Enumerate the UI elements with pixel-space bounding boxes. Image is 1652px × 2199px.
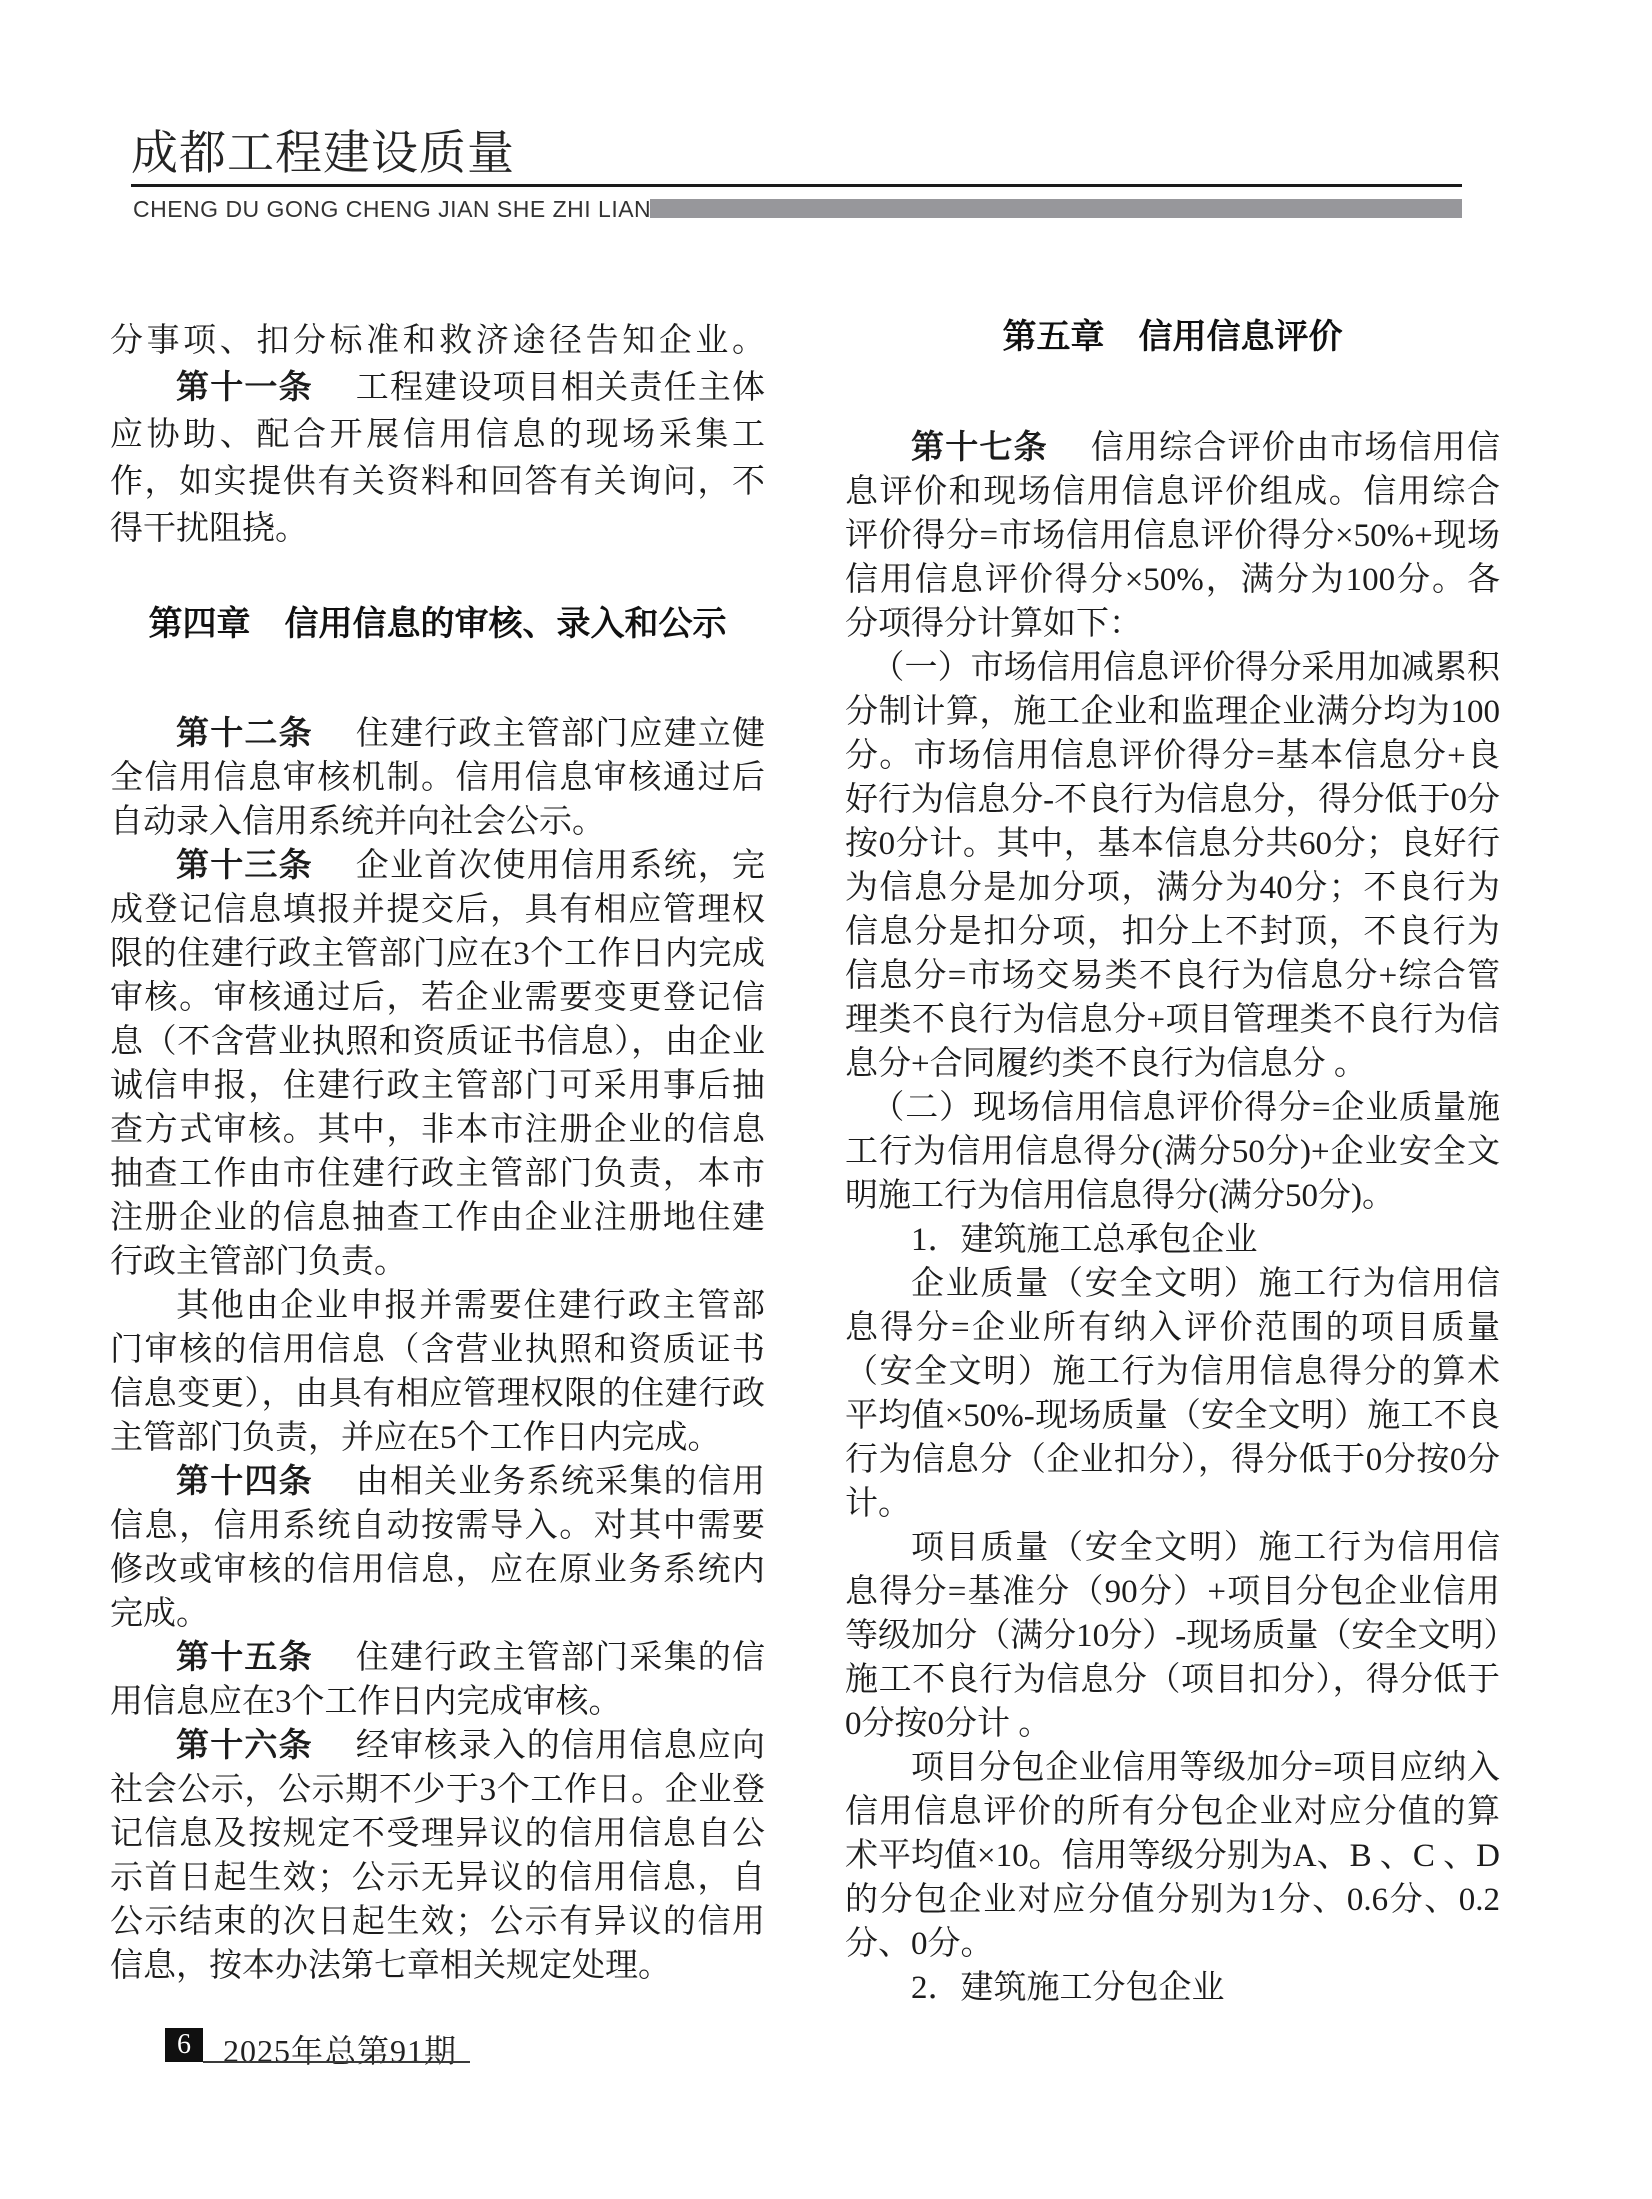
page-number-box: 6: [165, 2028, 203, 2062]
paragraph-item-2-site: （二）现场信用信息评价得分=企业质量施工行为信用信息得分(满分50分)+企业安全…: [845, 1086, 1500, 1218]
paragraph-article-15: 第十五条住建行政主管部门采集的信用信息应在3个工作日内完成审核。: [110, 1636, 765, 1724]
page-number: 6: [177, 2029, 191, 2061]
article-text: 项目分包企业信用等级加分=项目应纳入信用信息评价的所有分包企业对应分值的算术平均…: [845, 1750, 1500, 1962]
paragraph-item-1-market: （一）市场信用信息评价得分采用加减累积分制计算，施工企业和监理企业满分均为100…: [845, 646, 1500, 1086]
article-text: （二）现场信用信息评价得分=企业质量施工行为信用信息得分(满分50分)+企业安全…: [845, 1090, 1500, 1214]
paragraph-article-14: 第十四条由相关业务系统采集的信用信息，信用系统自动按需导入。对其中需要修改或审核…: [110, 1460, 765, 1636]
magazine-page: 成都工程建设质量 CHENG DU GONG CHENG JIAN SHE ZH…: [0, 0, 1652, 2199]
article-number: 第十二条: [176, 716, 313, 752]
article-text: 项目质量（安全文明）施工行为信用信息得分=基准分（90分）+项目分包企业信用等级…: [845, 1530, 1500, 1742]
chapter-heading-5: 第五章 信用信息评价: [845, 318, 1500, 358]
article-text: （一）市场信用信息评价得分采用加减累积分制计算，施工企业和监理企业满分均为100…: [845, 650, 1500, 1082]
article-text: 其他由企业申报并需要住建行政主管部门审核的信用信息（含营业执照和资质证书信息变更…: [110, 1288, 765, 1456]
article-text: 2．建筑施工分包企业: [911, 1970, 1225, 2006]
paragraph-project-quality-score: 项目质量（安全文明）施工行为信用信息得分=基准分（90分）+项目分包企业信用等级…: [845, 1526, 1500, 1746]
header-accent-bar: [650, 199, 1462, 218]
article-number: 第十五条: [176, 1640, 313, 1676]
issue-label: 2025年总第91期: [223, 2026, 457, 2072]
magazine-title: 成都工程建设质量: [131, 116, 515, 183]
magazine-title-pinyin: CHENG DU GONG CHENG JIAN SHE ZHI LIANG: [133, 196, 670, 223]
article-text: 经审核录入的信用信息应向社会公示，公示期不少于3个工作日。企业登记信息及按规定不…: [110, 1728, 765, 1984]
article-text: 企业质量（安全文明）施工行为信用信息得分=企业所有纳入评价范围的项目质量（安全文…: [845, 1266, 1500, 1522]
article-number: 第十四条: [176, 1464, 313, 1500]
paragraph-article-13: 第十三条企业首次使用信用系统，完成登记信息填报并提交后，具有相应管理权限的住建行…: [110, 844, 765, 1284]
header-rule: [131, 184, 1462, 187]
article-number: 第十三条: [176, 848, 313, 884]
paragraph-article-17: 第十七条信用综合评价由市场信用信息评价和现场信用信息评价组成。信用综合评价得分=…: [845, 426, 1500, 646]
paragraph-article-11: 第十一条工程建设项目相关责任主体应协助、配合开展信用信息的现场采集工作，如实提供…: [110, 365, 765, 553]
article-number: 第十七条: [911, 430, 1048, 466]
article-text: 1．建筑施工总承包企业: [911, 1222, 1258, 1258]
article-number: 第十六条: [176, 1728, 313, 1764]
paragraph-article-12: 第十二条住建行政主管部门应建立健全信用信息审核机制。信用信息审核通过后自动录入信…: [110, 712, 765, 844]
paragraph-continuation: 分事项、扣分标准和救济途径告知企业。: [110, 318, 765, 365]
paragraph-list-2-subcontractor: 2．建筑施工分包企业: [845, 1966, 1500, 2010]
paragraph-list-1-general-contractor: 1．建筑施工总承包企业: [845, 1218, 1500, 1262]
article-text: 企业首次使用信用系统，完成登记信息填报并提交后，具有相应管理权限的住建行政主管部…: [110, 848, 765, 1280]
paragraph-subcontractor-credit-bonus: 项目分包企业信用等级加分=项目应纳入信用信息评价的所有分包企业对应分值的算术平均…: [845, 1746, 1500, 1966]
right-column-body: 第十七条信用综合评价由市场信用信息评价和现场信用信息评价组成。信用综合评价得分=…: [845, 426, 1500, 2010]
footer-rule: [203, 2061, 470, 2063]
left-column-intro: 分事项、扣分标准和救济途径告知企业。 第十一条工程建设项目相关责任主体应协助、配…: [110, 318, 765, 553]
paragraph-article-16: 第十六条经审核录入的信用信息应向社会公示，公示期不少于3个工作日。企业登记信息及…: [110, 1724, 765, 1988]
paragraph-enterprise-quality-score: 企业质量（安全文明）施工行为信用信息得分=企业所有纳入评价范围的项目质量（安全文…: [845, 1262, 1500, 1526]
left-column-body: 第十二条住建行政主管部门应建立健全信用信息审核机制。信用信息审核通过后自动录入信…: [110, 712, 765, 1988]
article-number: 第十一条: [176, 370, 313, 406]
chapter-heading-4: 第四章 信用信息的审核、录入和公示: [110, 605, 765, 645]
paragraph-other-declare: 其他由企业申报并需要住建行政主管部门审核的信用信息（含营业执照和资质证书信息变更…: [110, 1284, 765, 1460]
